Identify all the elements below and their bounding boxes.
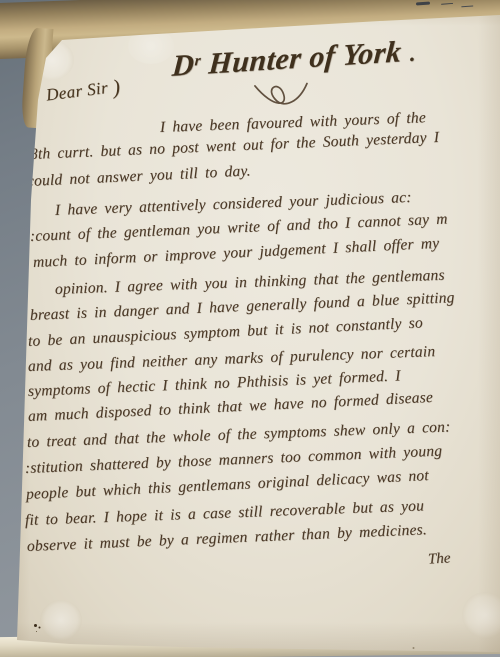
letter-photograph: Dr Hunter of York. Dear Sir) I have been… (0, 0, 500, 657)
letter-page: Dr Hunter of York. Dear Sir) I have been… (0, 0, 500, 657)
salutation: Dear Sir) (45, 75, 122, 109)
ink-speck (34, 624, 37, 627)
heading-flourish-icon (250, 72, 335, 116)
catchword: The (428, 550, 451, 568)
paper-stain (40, 600, 82, 640)
salutation-flourish-mark: ) (111, 75, 121, 100)
heading-terminal-mark: . (408, 34, 419, 68)
paper-stain (462, 592, 500, 638)
heading-dr-base: D (171, 48, 196, 83)
salutation-text: Dear Sir (45, 78, 109, 104)
letter-line: could not answer you till to day. (27, 162, 252, 191)
